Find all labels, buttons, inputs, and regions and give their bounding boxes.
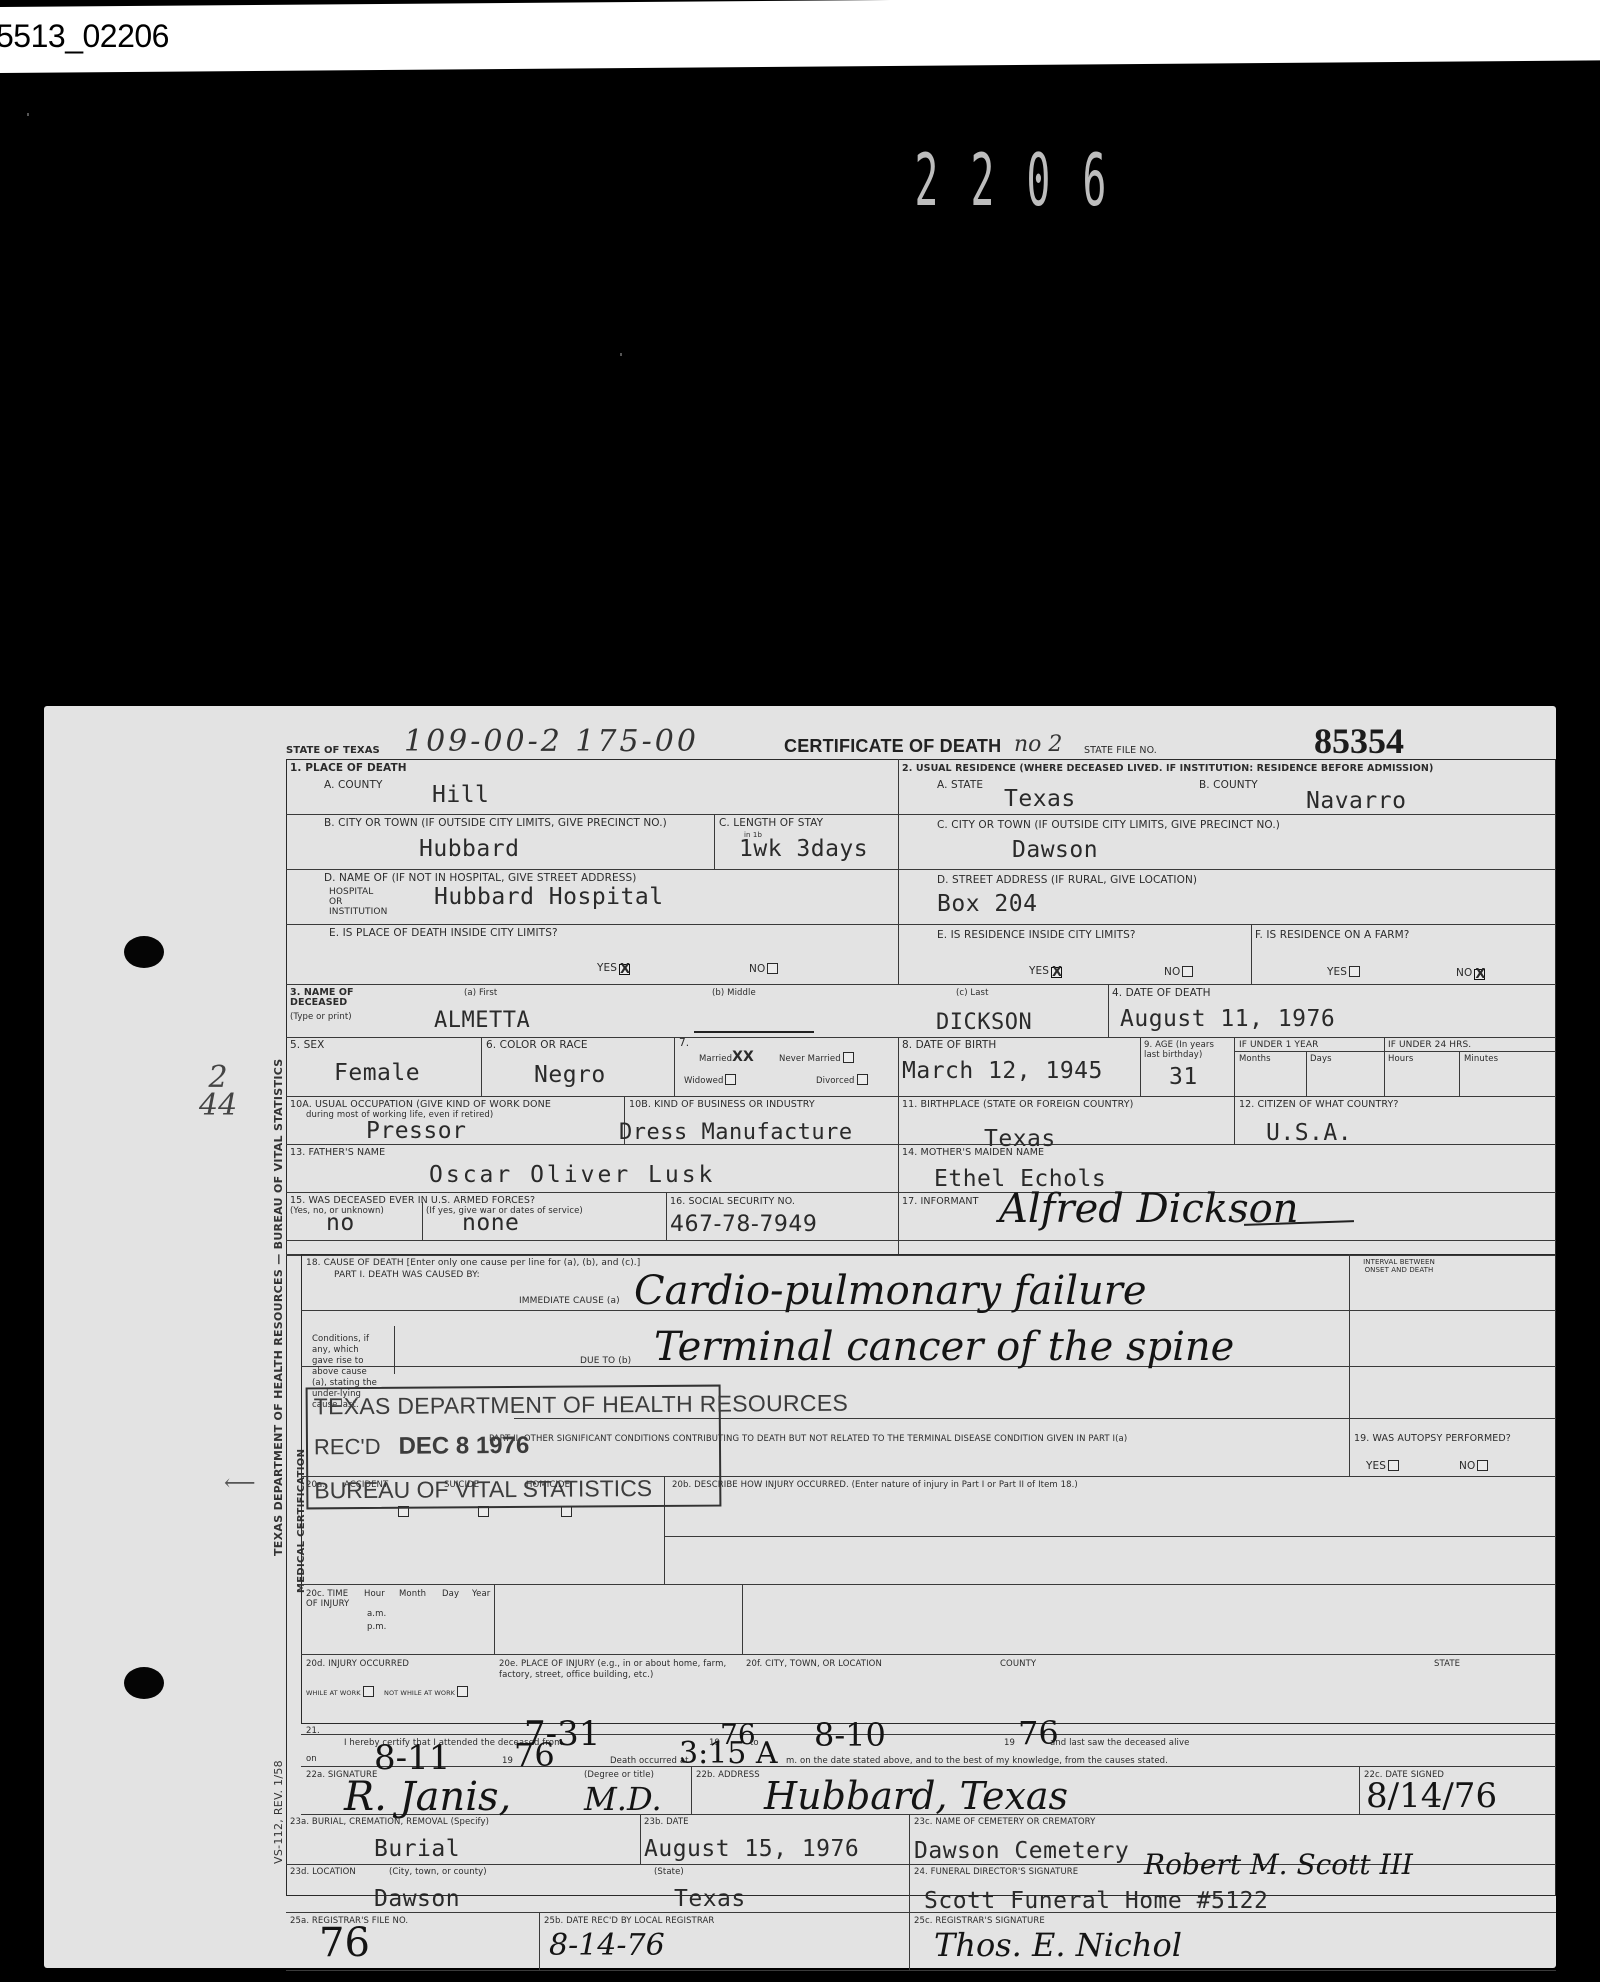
certificate-title: CERTIFICATE OF DEATH bbox=[784, 736, 1001, 757]
checkbox-checked[interactable]: X bbox=[1051, 967, 1062, 978]
film-speck bbox=[620, 353, 622, 356]
autopsy-yes: YES bbox=[1366, 1460, 1399, 1472]
attended-to-date: 8-10 bbox=[814, 1716, 886, 1754]
checkbox-checked[interactable]: X bbox=[619, 964, 630, 975]
funeral-director-signature: Robert M. Scott III bbox=[1144, 1848, 1413, 1881]
father-name: Oscar Oliver Lusk bbox=[429, 1162, 715, 1188]
physician-address: Hubbard, Texas bbox=[764, 1774, 1068, 1818]
autopsy-no: NO bbox=[1459, 1460, 1488, 1472]
handwritten-code: 109-00-2 175-00 bbox=[404, 724, 699, 759]
occupation: Pressor bbox=[366, 1118, 466, 1144]
death-city: Hubbard bbox=[419, 836, 519, 862]
residence-street: Box 204 bbox=[937, 891, 1037, 917]
disposition-method: Burial bbox=[374, 1836, 460, 1862]
place-of-death-section: 1. PLACE OF DEATH bbox=[290, 763, 407, 774]
widowed-option: Widowed bbox=[684, 1074, 736, 1087]
physician-degree: M.D. bbox=[584, 1780, 662, 1818]
citizenship: U.S.A. bbox=[1266, 1120, 1352, 1146]
burial-location-state: Texas bbox=[674, 1886, 746, 1912]
social-security-number: 467-78-7949 bbox=[670, 1212, 817, 1237]
checkbox[interactable] bbox=[457, 1686, 468, 1697]
checkbox[interactable] bbox=[1182, 966, 1193, 977]
residence-inside-yes: YESX bbox=[1029, 966, 1062, 978]
checkbox[interactable] bbox=[767, 963, 778, 974]
state-label: STATE OF TEXAS bbox=[286, 745, 380, 756]
race: Negro bbox=[534, 1062, 606, 1088]
frame-label-bar bbox=[0, 0, 1600, 73]
checkbox[interactable] bbox=[843, 1052, 854, 1063]
residence-city: Dawson bbox=[1012, 837, 1098, 863]
margin-tick-mark: ⟵ bbox=[224, 1471, 256, 1496]
farm-no: NOX bbox=[1456, 968, 1485, 980]
last-seen-year: 76 bbox=[514, 1736, 555, 1774]
vertical-agency-label: TEXAS DEPARTMENT OF HEALTH RESOURCES — B… bbox=[272, 1058, 285, 1556]
underlying-cause: Terminal cancer of the spine bbox=[654, 1324, 1234, 1370]
state-file-number: 85354 bbox=[1314, 720, 1404, 762]
residence-state: Texas bbox=[1004, 786, 1076, 812]
film-frame-number: 2 2 0 6 bbox=[905, 138, 1115, 222]
burial-date: August 15, 1976 bbox=[644, 1836, 859, 1862]
film-speck bbox=[27, 113, 29, 116]
never-married-option: Never Married bbox=[779, 1052, 854, 1065]
checkbox[interactable] bbox=[1349, 966, 1360, 977]
inside-city-yes: YESX bbox=[597, 963, 630, 975]
checkbox[interactable] bbox=[1388, 1460, 1399, 1471]
burial-location-city: Dawson bbox=[374, 1886, 460, 1912]
date-signed: 8/14/76 bbox=[1366, 1776, 1497, 1816]
registrar-received-date: 8-14-76 bbox=[549, 1928, 665, 1963]
deceased-last-name: DICKSON bbox=[936, 1010, 1032, 1035]
image-label: 5513_02206 bbox=[0, 18, 169, 55]
industry: Dress Manufacture bbox=[619, 1120, 853, 1145]
film-digit: 6 bbox=[1082, 138, 1105, 222]
usual-residence-section: 2. USUAL RESIDENCE (Where deceased lived… bbox=[902, 763, 1433, 774]
date-of-death: August 11, 1976 bbox=[1120, 1006, 1335, 1032]
last-seen-date: 8-11 bbox=[374, 1738, 450, 1778]
armed-service: none bbox=[462, 1210, 519, 1236]
film-digit: 2 bbox=[914, 138, 937, 222]
while-at-work: WHILE AT WORK bbox=[306, 1686, 374, 1699]
registrar-file-number: 76 bbox=[319, 1920, 370, 1966]
middle-name-strikeline bbox=[694, 1031, 814, 1033]
immediate-cause: Cardio-pulmonary failure bbox=[634, 1268, 1147, 1314]
checkbox-checked[interactable]: X bbox=[1474, 969, 1485, 980]
farm-yes: YES bbox=[1327, 966, 1360, 978]
checkbox[interactable] bbox=[725, 1074, 736, 1085]
residence-county: Navarro bbox=[1306, 788, 1406, 814]
film-digit: 0 bbox=[1026, 138, 1049, 222]
armed-forces: no bbox=[326, 1210, 355, 1236]
punch-hole bbox=[124, 936, 164, 968]
residence-inside-no: NO bbox=[1164, 966, 1193, 978]
sex: Female bbox=[334, 1060, 420, 1086]
married-mark: XX bbox=[732, 1049, 754, 1065]
state-file-label: STATE FILE NO. bbox=[1084, 745, 1157, 756]
physician-signature: R. Janis, bbox=[344, 1774, 511, 1820]
form-code: VS-112, REV. 1/58 bbox=[272, 1760, 285, 1864]
film-digit: 2 bbox=[970, 138, 993, 222]
length-of-stay: 1wk 3days bbox=[739, 836, 868, 862]
divorced-option: Divorced bbox=[816, 1074, 868, 1087]
hospital-name: Hubbard Hospital bbox=[434, 884, 664, 910]
married-option: MarriedXX bbox=[699, 1052, 754, 1065]
handwritten-mark: no 2 bbox=[1014, 732, 1062, 757]
death-county: Hill bbox=[432, 782, 489, 808]
punch-hole bbox=[124, 1667, 164, 1699]
checkbox[interactable] bbox=[1477, 1460, 1488, 1471]
date-of-birth: March 12, 1945 bbox=[902, 1058, 1103, 1084]
deceased-first-name: ALMETTA bbox=[434, 1008, 530, 1033]
cemetery-name: Dawson Cemetery bbox=[914, 1838, 1129, 1864]
age: 31 bbox=[1169, 1064, 1198, 1090]
death-certificate: 2 44 ⟵ TEXAS DEPARTMENT OF HEALTH RESOUR… bbox=[44, 706, 1556, 1968]
received-stamp: TEXAS DEPARTMENT OF HEALTH RESOURCES REC… bbox=[306, 1385, 722, 1510]
checkbox[interactable] bbox=[857, 1074, 868, 1085]
received-date: DEC 8 1976 bbox=[398, 1432, 529, 1460]
not-while-at-work: NOT WHILE AT WORK bbox=[384, 1686, 468, 1699]
inside-city-no: NO bbox=[749, 963, 778, 975]
death-time: 3:15 A bbox=[679, 1736, 778, 1771]
funeral-home: Scott Funeral Home #5122 bbox=[924, 1888, 1268, 1914]
margin-note: 2 44 bbox=[199, 1064, 237, 1120]
registrar-signature: Thos. E. Nichol bbox=[934, 1926, 1182, 1964]
checkbox[interactable] bbox=[363, 1686, 374, 1697]
